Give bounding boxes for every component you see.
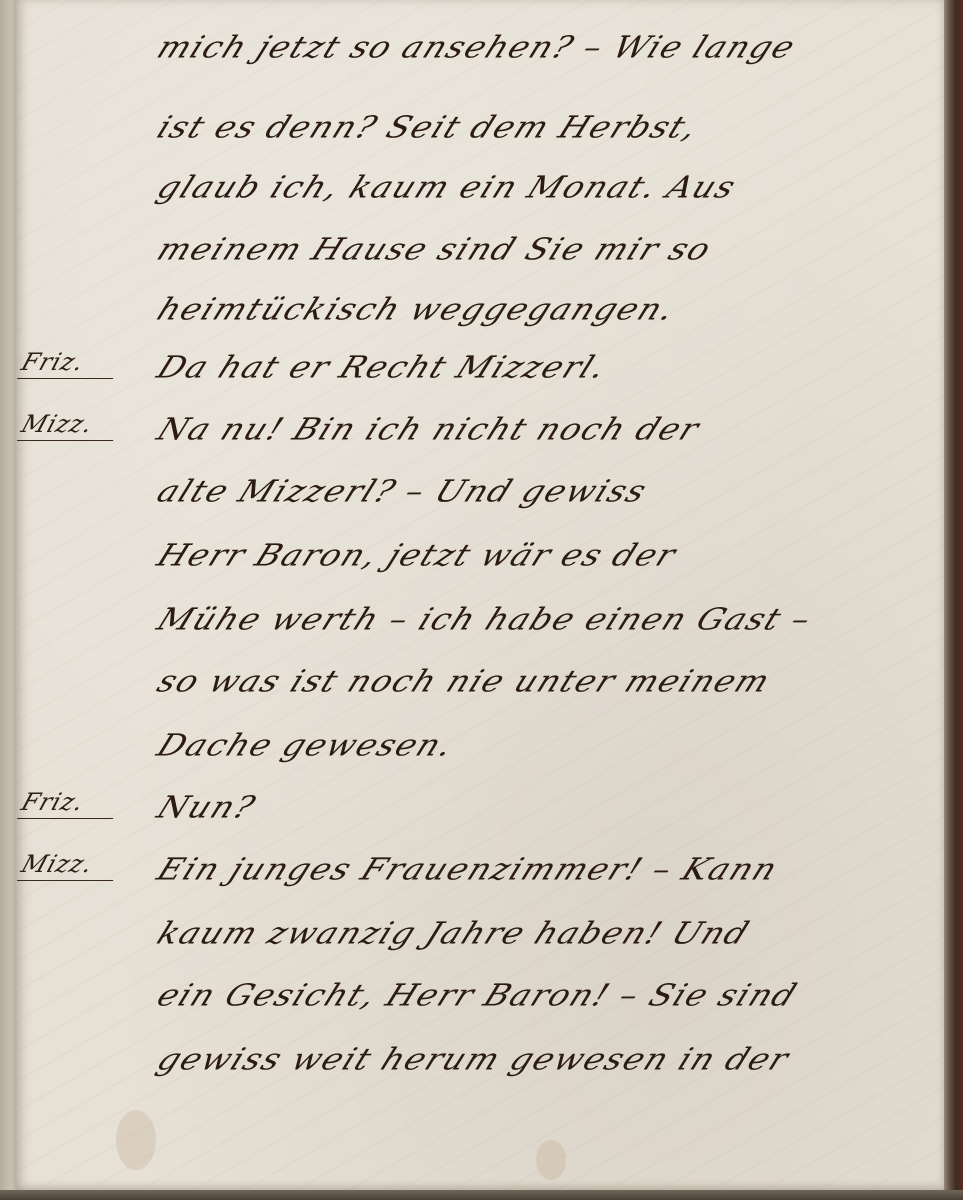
paper-stain <box>116 1110 156 1170</box>
text-line: glaub ich, kaum ein Monat. Aus <box>16 158 944 218</box>
speaker-label: Friz. <box>17 788 123 819</box>
text-line: so was ist noch nie unter meinem <box>16 652 944 712</box>
line-text: heimtückisch weggegangen. <box>152 291 681 327</box>
text-line: meinem Hause sind Sie mir so <box>16 220 944 280</box>
manuscript-page: mich jetzt so ansehen? – Wie langeist es… <box>16 0 944 1193</box>
paper-stain <box>536 1140 566 1180</box>
line-text: Herr Baron, jetzt wär es der <box>152 537 682 573</box>
line-text: alte Mizzerl? – Und gewiss <box>152 473 653 509</box>
line-text: Da hat er Recht Mizzerl. <box>152 349 613 385</box>
text-line: Mizz.Na nu! Bin ich nicht noch der <box>16 400 944 460</box>
line-text: glaub ich, kaum ein Monat. Aus <box>152 169 742 205</box>
text-line: kaum zwanzig Jahre haben! Und <box>16 904 944 964</box>
text-line: Friz.Da hat er Recht Mizzerl. <box>16 338 944 398</box>
line-text: so was ist noch nie unter meinem <box>152 663 777 699</box>
line-text: ein Gesicht, Herr Baron! – Sie sind <box>152 977 803 1013</box>
line-text: Mühe werth – ich habe einen Gast – <box>152 601 818 637</box>
line-text: ist es denn? Seit dem Herbst, <box>152 109 704 145</box>
page-bottom-edge <box>0 1190 963 1200</box>
text-line: Mühe werth – ich habe einen Gast – <box>16 590 944 650</box>
line-text: mich jetzt so ansehen? – Wie lange <box>152 29 802 65</box>
text-line: alte Mizzerl? – Und gewiss <box>16 462 944 522</box>
text-line: Friz.Nun? <box>16 778 944 838</box>
line-text: Dache gewesen. <box>152 727 460 763</box>
line-text: Ein junges Frauenzimmer! – Kann <box>152 851 784 887</box>
speaker-label: Friz. <box>17 348 123 379</box>
text-line: Herr Baron, jetzt wär es der <box>16 526 944 586</box>
speaker-label: Mizz. <box>17 850 123 881</box>
text-line: Mizz.Ein junges Frauenzimmer! – Kann <box>16 840 944 900</box>
text-line: Dache gewesen. <box>16 716 944 776</box>
line-text: gewiss weit herum gewesen in der <box>152 1041 795 1077</box>
speaker-label: Mizz. <box>17 410 123 441</box>
text-line: mich jetzt so ansehen? – Wie lange <box>16 18 944 78</box>
line-text: Na nu! Bin ich nicht noch der <box>152 411 706 447</box>
text-line: ist es denn? Seit dem Herbst, <box>16 98 944 158</box>
line-text: kaum zwanzig Jahre haben! Und <box>152 915 756 951</box>
text-line: gewiss weit herum gewesen in der <box>16 1030 944 1090</box>
line-text: meinem Hause sind Sie mir so <box>152 231 718 267</box>
text-line: heimtückisch weggegangen. <box>16 280 944 340</box>
line-text: Nun? <box>152 789 262 825</box>
text-line: ein Gesicht, Herr Baron! – Sie sind <box>16 966 944 1026</box>
